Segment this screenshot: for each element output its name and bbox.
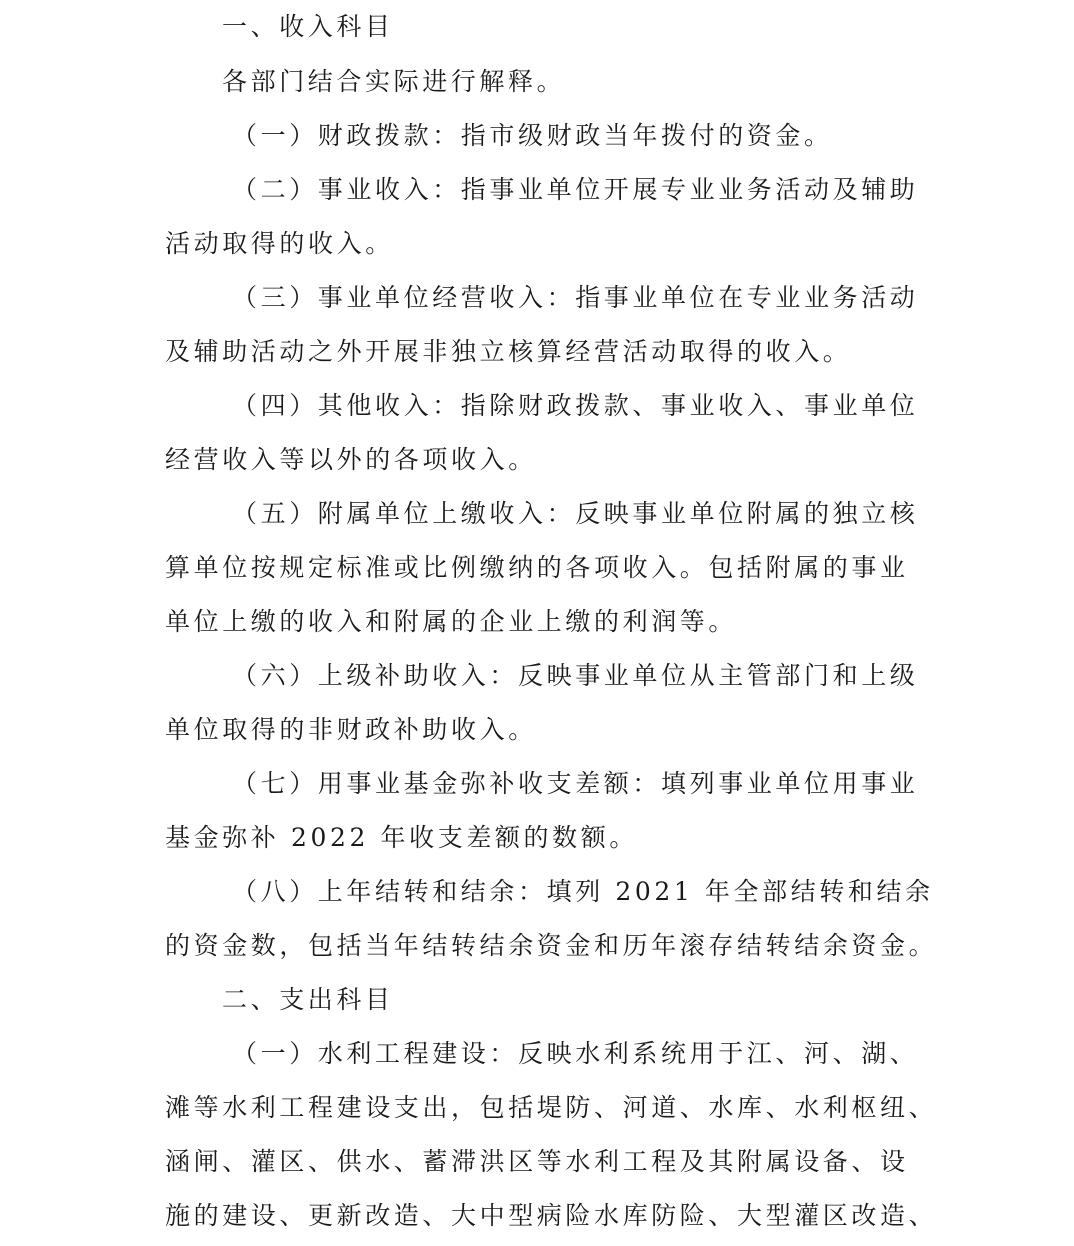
income-item-1-line-1: （一）财政拨款：指市级财政当年拨付的资金。 — [232, 121, 833, 151]
income-item-4-line-2: 经营收入等以外的各项收入。 — [165, 445, 537, 475]
expenditure-item-1-line-3: 涵闸、灌区、供水、蓄滞洪区等水利工程及其附属设备、设 — [165, 1147, 909, 1177]
income-item-3-line-1: （三）事业单位经营收入：指事业单位在专业业务活动 — [232, 283, 918, 313]
expenditure-item-1-line-2: 滩等水利工程建设支出，包括堤防、河道、水库、水利枢纽、 — [165, 1093, 937, 1123]
income-item-3-line-2: 及辅助活动之外开展非独立核算经营活动取得的收入。 — [165, 337, 851, 367]
expenditure-item-1-line-4: 施的建设、更新改造、大中型病险水库防险、大型灌区改造、 — [165, 1201, 937, 1231]
income-item-7-line-2: 基金弥补 2022 年收支差额的数额。 — [165, 823, 638, 853]
document-page: 一、收入科目 各部门结合实际进行解释。 （一）财政拨款：指市级财政当年拨付的资金… — [0, 0, 1074, 1246]
income-item-2-line-1: （二）事业收入：指事业单位开展专业业务活动及辅助 — [232, 175, 918, 205]
income-item-5-line-1: （五）附属单位上缴收入：反映事业单位附属的独立核 — [232, 499, 918, 529]
expenditure-item-1-line-1: （一）水利工程建设：反映水利系统用于江、河、湖、 — [232, 1039, 918, 1069]
section-intro: 各部门结合实际进行解释。 — [222, 67, 565, 97]
income-item-2-line-2: 活动取得的收入。 — [165, 229, 394, 259]
section-heading-expenditure: 二、支出科目 — [222, 985, 394, 1015]
income-item-8-line-1: （八）上年结转和结余：填列 2021 年全部结转和结余 — [232, 877, 934, 907]
section-heading-income: 一、收入科目 — [222, 12, 394, 42]
income-item-5-line-2: 算单位按规定标准或比例缴纳的各项收入。包括附属的事业 — [165, 553, 909, 583]
income-item-5-line-3: 单位上缴的收入和附属的企业上缴的利润等。 — [165, 607, 737, 637]
income-item-6-line-1: （六）上级补助收入：反映事业单位从主管部门和上级 — [232, 661, 918, 691]
income-item-7-line-1: （七）用事业基金弥补收支差额：填列事业单位用事业 — [232, 769, 918, 799]
income-item-4-line-1: （四）其他收入：指除财政拨款、事业收入、事业单位 — [232, 391, 918, 421]
income-item-8-line-2: 的资金数，包括当年结转结余资金和历年滚存结转结余资金。 — [165, 931, 937, 961]
income-item-6-line-2: 单位取得的非财政补助收入。 — [165, 715, 537, 745]
